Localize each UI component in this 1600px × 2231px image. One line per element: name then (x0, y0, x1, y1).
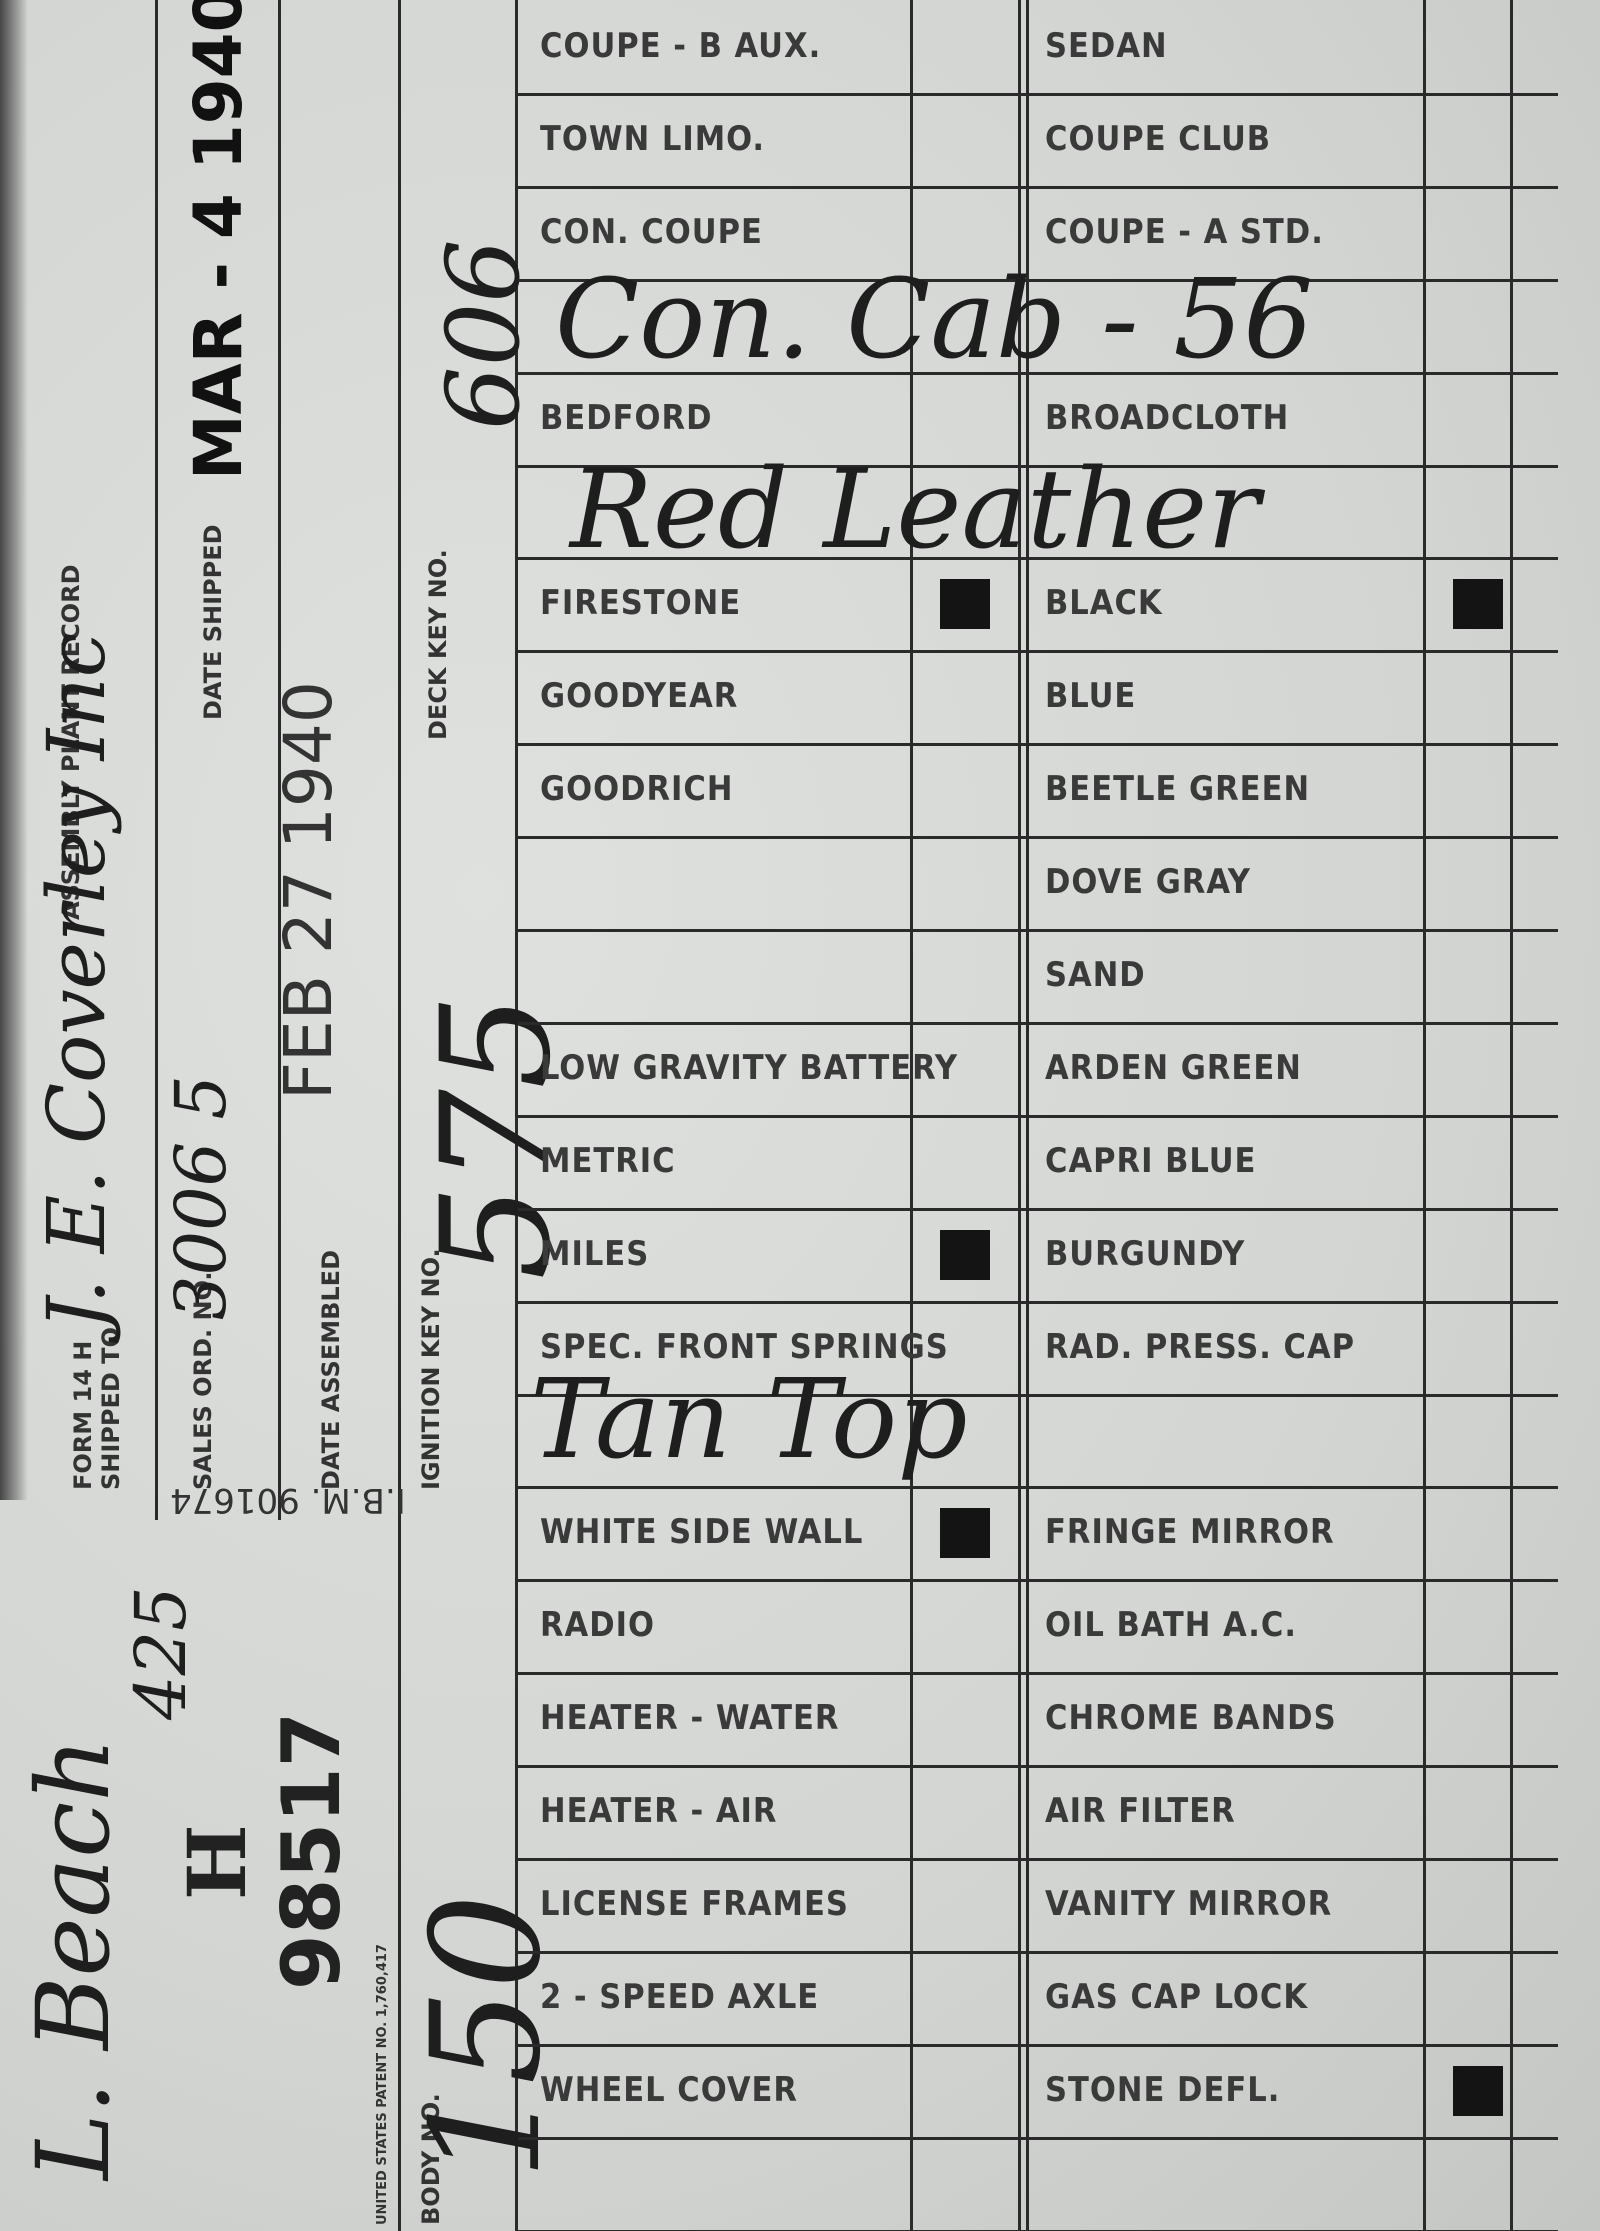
handwritten-body-note: Con. Cab - 56 (555, 255, 1313, 383)
table-row-divider (518, 1301, 1558, 1304)
option-right-label: BROADCLOTH (1045, 398, 1289, 438)
option-left-label: HEATER - AIR (540, 1791, 777, 1831)
table-row-divider (518, 1951, 1558, 1954)
sales-ord-value: 3006 5 (160, 1075, 242, 1320)
option-right-label: COUPE - A STD. (1045, 212, 1324, 252)
option-left-label: LOW GRAVITY BATTERY (540, 1048, 958, 1088)
table-row-divider (518, 1579, 1558, 1582)
option-right-label: FRINGE MIRROR (1045, 1512, 1335, 1552)
stamp-serial: 98517 (265, 1712, 358, 1990)
option-left-label: TOWN LIMO. (540, 119, 765, 159)
assembly-plant-record-card: ASSEMBLY PLANT RECORD FORM 14 H SHIPPED … (0, 0, 1600, 2231)
shipped-to-value: J. E. Coverley Inc (30, 632, 123, 1330)
date-shipped-label: DATE SHIPPED (200, 524, 226, 720)
ignition-key-label: IGNITION KEY NO. (418, 1248, 444, 1490)
table-row-divider (518, 93, 1558, 96)
left-checkbox-mark[interactable] (940, 1508, 990, 1558)
table-row-divider (518, 2137, 1558, 2140)
form-number: FORM 14 H (70, 1341, 96, 1490)
ibm-number: I.B.M. 901674 (170, 1480, 406, 1520)
table-row-divider (518, 650, 1558, 653)
option-right-label: GAS CAP LOCK (1045, 1977, 1308, 2017)
option-right-label: BEETLE GREEN (1045, 769, 1310, 809)
table-row-divider (518, 1858, 1558, 1861)
option-right-label: VANITY MIRROR (1045, 1884, 1332, 1924)
deck-key-label: DECK KEY NO. (425, 549, 451, 740)
option-right-label: AIR FILTER (1045, 1791, 1236, 1831)
option-left-label: WHITE SIDE WALL (540, 1512, 863, 1552)
table-row-divider (518, 743, 1558, 746)
option-left-label: GOODRICH (540, 769, 733, 809)
handwritten-trim-note: Red Leather (570, 445, 1260, 573)
option-left-label: RADIO (540, 1605, 655, 1645)
option-right-label: RAD. PRESS. CAP (1045, 1327, 1355, 1367)
right-checkbox-mark[interactable] (1453, 2066, 1503, 2116)
date-shipped-stamp: MAR - 4 1940 (180, 0, 257, 480)
option-right-label: CAPRI BLUE (1045, 1141, 1256, 1181)
option-left-label: HEATER - WATER (540, 1698, 839, 1738)
table-row-divider (518, 1486, 1558, 1489)
option-right-label: DOVE GRAY (1045, 862, 1251, 902)
table-row-divider (518, 1208, 1558, 1211)
table-row-divider (518, 1765, 1558, 1768)
option-left-label: BEDFORD (540, 398, 712, 438)
table-row-divider (518, 2044, 1558, 2047)
left-checkbox-mark[interactable] (940, 1230, 990, 1280)
table-row-divider (518, 1672, 1558, 1675)
option-right-label: OIL BATH A.C. (1045, 1605, 1297, 1645)
option-right-label: BURGUNDY (1045, 1234, 1245, 1274)
stamp-letter: H (170, 1824, 264, 1900)
table-row-divider (518, 929, 1558, 932)
table-row-divider (518, 836, 1558, 839)
option-right-label: COUPE CLUB (1045, 119, 1271, 159)
date-assembled-label: DATE ASSEMBLED (318, 1250, 344, 1490)
patent-text: UNITED STATES PATENT NO. 1,760,417 (370, 1944, 396, 2225)
left-checkbox-mark[interactable] (940, 579, 990, 629)
option-right-label: CHROME BANDS (1045, 1698, 1337, 1738)
table-row-divider (518, 186, 1558, 189)
option-right-label: SEDAN (1045, 26, 1168, 66)
option-left-label: WHEEL COVER (540, 2070, 798, 2110)
option-right-label: STONE DEFL. (1045, 2070, 1280, 2110)
option-left-label: COUPE - B AUX. (540, 26, 821, 66)
option-left-label: GOODYEAR (540, 676, 738, 716)
option-left-label: CON. COUPE (540, 212, 763, 252)
option-right-label: SAND (1045, 955, 1146, 995)
stamp-code: 425 (120, 1586, 202, 1720)
table-row-divider (518, 1022, 1558, 1025)
option-left-label: 2 - SPEED AXLE (540, 1977, 819, 2017)
stamp-name: L. Beach (15, 1737, 132, 2180)
column-divider (155, 0, 158, 1520)
table-row-divider (518, 1115, 1558, 1118)
option-left-label: MILES (540, 1234, 649, 1274)
option-left-label: FIRESTONE (540, 583, 741, 623)
card-shadow-edge (0, 0, 28, 1500)
option-right-label: ARDEN GREEN (1045, 1048, 1302, 1088)
date-assembled-stamp: FEB 27 1940 (270, 681, 347, 1100)
handwritten-top-note: Tan Top (530, 1355, 968, 1483)
option-left-label: LICENSE FRAMES (540, 1884, 849, 1924)
right-checkbox-mark[interactable] (1453, 579, 1503, 629)
option-right-label: BLUE (1045, 676, 1136, 716)
option-left-label: METRIC (540, 1141, 676, 1181)
option-right-label: BLACK (1045, 583, 1163, 623)
shipped-to-label: SHIPPED TO (98, 1327, 124, 1490)
